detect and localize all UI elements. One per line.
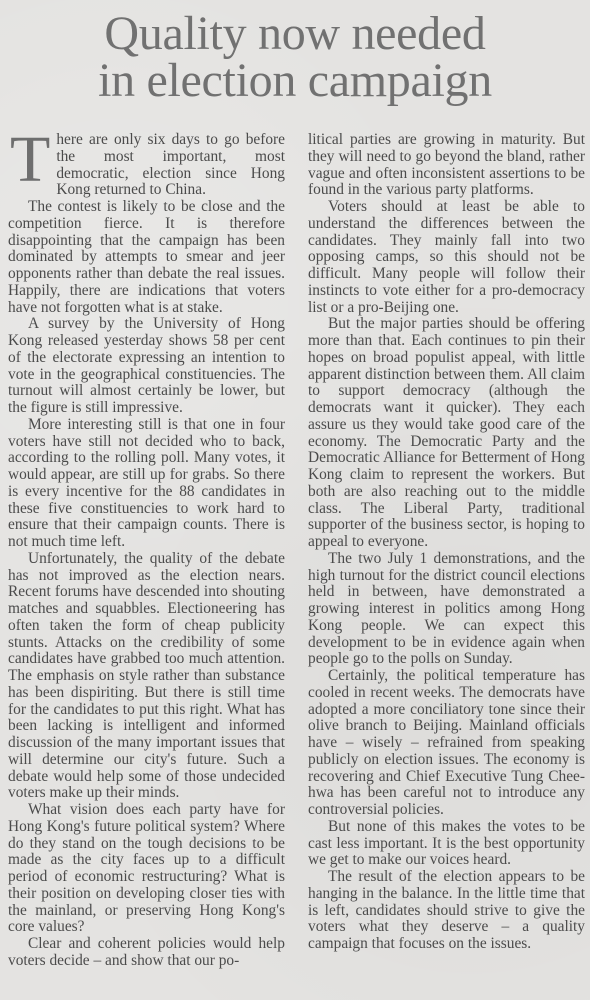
paragraph: A survey by the University of Hong Kong … [8,316,285,417]
paragraph: Voters should at least be able to unders… [308,199,585,316]
paragraph: The two July 1 demonstrations, and the h… [308,551,585,668]
left-column: There are only six days to go before the… [8,132,285,970]
paragraph: Clear and coherent policies would help v… [8,936,285,970]
paragraph: But the major parties should be offering… [308,316,585,551]
paragraph: What vision does each party have for Hon… [8,802,285,936]
right-column: litical parties are growing in maturity.… [308,132,585,970]
paragraph: The result of the election appears to be… [308,869,585,953]
paragraph: Unfortunately, the quality of the debate… [8,551,285,802]
paragraph-text: here are only six days to go before the … [56,131,285,198]
paragraph: The contest is likely to be close and th… [8,199,285,316]
drop-cap: T [10,134,50,184]
headline: Quality now needed in election campaign [0,10,590,104]
paragraph: There are only six days to go before the… [8,132,285,199]
headline-line-2: in election campaign [0,57,590,104]
headline-line-1: Quality now needed [0,10,590,57]
paragraph: Certainly, the political temperature has… [308,668,585,819]
paragraph: But none of this makes the votes to be c… [308,819,585,869]
paragraph: litical parties are growing in maturity.… [308,132,585,199]
paragraph: More interesting still is that one in fo… [8,417,285,551]
article-body: There are only six days to go before the… [8,132,585,970]
